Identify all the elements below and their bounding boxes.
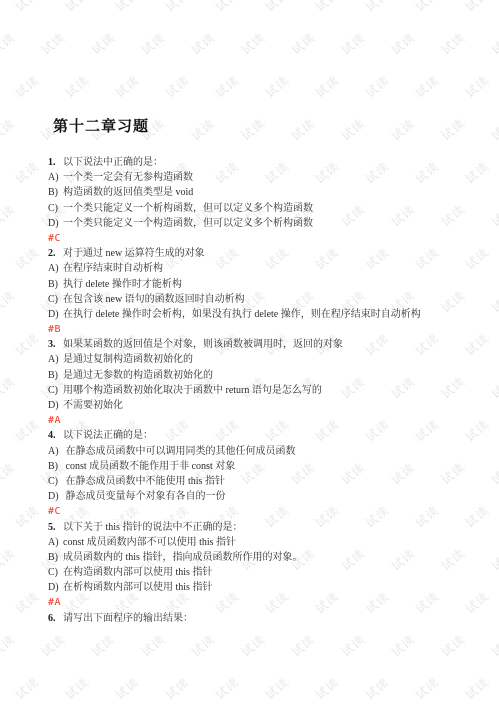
option-text: 在包含该 new 语句的函数返回时自动析构: [63, 292, 245, 307]
watermark-text: 试读: [362, 0, 393, 15]
option-text: 在析构函数内部可以使用 this 指针: [63, 580, 212, 595]
option-line: C)一个类只能定义一个析构函数，但可以定义多个构造函数: [48, 201, 485, 216]
option-text: 静态成员变量每个对象有各自的一份: [63, 489, 226, 504]
watermark-text: 试读: [12, 416, 43, 446]
watermark-text: 试读: [388, 29, 419, 59]
question-list: 1.以下说法中正确的是：A)一个类一定会有无参构造函数B)构造函数的返回值类型是…: [48, 155, 485, 626]
watermark-text: 试读: [412, 674, 443, 704]
watermark-text: 试读: [0, 115, 18, 145]
question-text: 以下说法正确的是：: [63, 428, 153, 443]
watermark-text: 试读: [188, 631, 219, 661]
watermark-text: 试读: [62, 674, 93, 704]
option-label: D): [48, 398, 63, 413]
option-text: 用哪个构造函数初始化取决于函数中 return 语句是怎么写的: [63, 383, 322, 398]
option-text: 在执行 delete 操作时会析构，如果没有执行 delete 操作，则在程序结…: [63, 307, 421, 322]
watermark-text: 试读: [288, 631, 319, 661]
question-text: 以下说法中正确的是：: [63, 155, 163, 170]
watermark-text: 试读: [12, 72, 43, 102]
option-label: A): [48, 352, 63, 367]
watermark-text: 试读: [212, 72, 243, 102]
watermark-text: 试读: [438, 631, 469, 661]
watermark-text: 试读: [462, 674, 493, 704]
option-label: C): [48, 565, 63, 580]
watermark-text: 试读: [412, 0, 443, 15]
option-label: A): [48, 170, 63, 185]
option-line: A) 在静态成员函数中可以调用同类的其他任何成员函数: [48, 444, 485, 459]
watermark-text: 试读: [12, 0, 43, 15]
option-line: C)用哪个构造函数初始化取决于函数中 return 语句是怎么写的: [48, 383, 485, 398]
watermark-text: 试读: [312, 0, 343, 15]
watermark-text: 试读: [12, 158, 43, 188]
watermark-text: 试读: [0, 287, 18, 317]
watermark-text: 试读: [12, 244, 43, 274]
watermark-text: 试读: [162, 72, 193, 102]
watermark-text: 试读: [312, 72, 343, 102]
watermark-text: 试读: [488, 287, 499, 317]
option-label: A): [48, 444, 63, 459]
watermark-text: 试读: [62, 0, 93, 15]
option-text: 在静态成员函数中不能使用 this 指针: [63, 474, 225, 489]
question-line: 5.以下关于 this 指针的说法中不正确的是：: [48, 520, 485, 535]
option-label: C): [48, 474, 63, 489]
watermark-text: 试读: [238, 631, 269, 661]
option-text: 执行 delete 操作时才能析构: [63, 277, 182, 292]
watermark-text: 试读: [162, 0, 193, 15]
watermark-text: 试读: [488, 373, 499, 403]
watermark-text: 试读: [488, 459, 499, 489]
answer-line: #A: [48, 413, 485, 428]
watermark-text: 试读: [0, 459, 18, 489]
watermark-text: 试读: [488, 29, 499, 59]
watermark-text: 试读: [12, 502, 43, 532]
watermark-text: 试读: [438, 29, 469, 59]
answer-line: #C: [48, 231, 485, 246]
answer-line: #A: [48, 595, 485, 610]
document-page: 第十二章习题 1.以下说法中正确的是：A)一个类一定会有无参构造函数B)构造函数…: [48, 118, 485, 626]
option-line: A)一个类一定会有无参构造函数: [48, 170, 485, 185]
watermark-text: 试读: [212, 674, 243, 704]
question-number: 5.: [48, 520, 63, 535]
question-number: 6.: [48, 611, 63, 626]
option-line: B)构造函数的返回值类型是 void: [48, 185, 485, 200]
watermark-text: 试读: [338, 631, 369, 661]
watermark-text: 试读: [312, 674, 343, 704]
option-label: D): [48, 307, 63, 322]
watermark-text: 试读: [0, 373, 18, 403]
watermark-text: 试读: [138, 631, 169, 661]
watermark-text: 试读: [88, 631, 119, 661]
option-label: B): [48, 185, 63, 200]
watermark-text: 试读: [188, 29, 219, 59]
watermark-text: 试读: [0, 545, 18, 575]
watermark-text: 试读: [262, 0, 293, 15]
option-line: B)是通过无参数的构造函数初始化的: [48, 368, 485, 383]
question-line: 2.对于通过 new 运算符生成的对象: [48, 246, 485, 261]
question-text: 如果某函数的返回值是个对象，则该函数被调用时，返回的对象: [63, 337, 343, 352]
option-line: D)在执行 delete 操作时会析构，如果没有执行 delete 操作，则在程…: [48, 307, 485, 322]
option-line: C)在构造函数内部可以使用 this 指针: [48, 565, 485, 580]
option-text: const 成员函数不能作用于非 const 对象: [63, 459, 235, 474]
option-text: 是通过复制构造函数初始化的: [63, 352, 193, 367]
question-block: 6.请写出下面程序的输出结果：: [48, 611, 485, 626]
watermark-text: 试读: [462, 0, 493, 15]
watermark-text: 试读: [462, 72, 493, 102]
watermark-text: 试读: [112, 72, 143, 102]
watermark-text: 试读: [38, 29, 69, 59]
option-label: A): [48, 261, 63, 276]
option-line: D)一个类只能定义一个构造函数，但可以定义多个析构函数: [48, 216, 485, 231]
option-label: D): [48, 580, 63, 595]
watermark-text: 试读: [12, 674, 43, 704]
watermark-text: 试读: [262, 674, 293, 704]
watermark-text: 试读: [488, 115, 499, 145]
watermark-text: 试读: [112, 0, 143, 15]
question-text: 以下关于 this 指针的说法中不正确的是：: [63, 520, 242, 535]
option-text: 成员函数内的 this 指针，指向成员函数所作用的对象。: [63, 550, 302, 565]
option-label: C): [48, 383, 63, 398]
watermark-text: 试读: [12, 588, 43, 618]
option-label: D): [48, 489, 63, 504]
watermark-text: 试读: [238, 29, 269, 59]
answer-marker: #C: [48, 231, 61, 246]
question-line: 3.如果某函数的返回值是个对象，则该函数被调用时，返回的对象: [48, 337, 485, 352]
watermark-text: 试读: [162, 674, 193, 704]
answer-line: #C: [48, 504, 485, 519]
watermark-text: 试读: [362, 674, 393, 704]
question-block: 3.如果某函数的返回值是个对象，则该函数被调用时，返回的对象A)是通过复制构造函…: [48, 337, 485, 428]
option-text: 在静态成员函数中可以调用同类的其他任何成员函数: [63, 444, 296, 459]
option-text: 在程序结束时自动析构: [63, 261, 163, 276]
answer-marker: #A: [48, 595, 61, 610]
watermark-text: 试读: [488, 545, 499, 575]
option-line: D)在析构函数内部可以使用 this 指针: [48, 580, 485, 595]
question-line: 6.请写出下面程序的输出结果：: [48, 611, 485, 626]
question-number: 2.: [48, 246, 63, 261]
option-line: A)const 成员函数内部不可以使用 this 指针: [48, 535, 485, 550]
option-line: B)执行 delete 操作时才能析构: [48, 277, 485, 292]
option-line: C) 在静态成员函数中不能使用 this 指针: [48, 474, 485, 489]
option-text: const 成员函数内部不可以使用 this 指针: [63, 535, 236, 550]
watermark-text: 试读: [288, 29, 319, 59]
question-number: 1.: [48, 155, 63, 170]
answer-marker: #C: [48, 504, 61, 519]
option-line: D)不需要初始化: [48, 398, 485, 413]
question-line: 4.以下说法正确的是：: [48, 428, 485, 443]
page-title: 第十二章习题: [53, 118, 485, 136]
option-label: B): [48, 550, 63, 565]
question-text: 请写出下面程序的输出结果：: [63, 611, 193, 626]
question-line: 1.以下说法中正确的是：: [48, 155, 485, 170]
option-text: 在构造函数内部可以使用 this 指针: [63, 565, 212, 580]
watermark-text: 试读: [338, 29, 369, 59]
answer-marker: #A: [48, 413, 61, 428]
question-block: 4.以下说法正确的是：A) 在静态成员函数中可以调用同类的其他任何成员函数B) …: [48, 428, 485, 519]
question-block: 5.以下关于 this 指针的说法中不正确的是：A)const 成员函数内部不可…: [48, 520, 485, 611]
watermark-text: 试读: [212, 0, 243, 15]
watermark-text: 试读: [388, 631, 419, 661]
question-number: 4.: [48, 428, 63, 443]
option-line: B)成员函数内的 this 指针，指向成员函数所作用的对象。: [48, 550, 485, 565]
question-block: 1.以下说法中正确的是：A)一个类一定会有无参构造函数B)构造函数的返回值类型是…: [48, 155, 485, 246]
question-text: 对于通过 new 运算符生成的对象: [63, 246, 205, 261]
option-label: B): [48, 459, 63, 474]
watermark-text: 试读: [0, 631, 18, 661]
question-block: 2.对于通过 new 运算符生成的对象A)在程序结束时自动析构B)执行 dele…: [48, 246, 485, 337]
watermark-text: 试读: [138, 29, 169, 59]
option-line: A)在程序结束时自动析构: [48, 261, 485, 276]
watermark-text: 试读: [62, 72, 93, 102]
watermark-text: 试读: [412, 72, 443, 102]
option-line: A)是通过复制构造函数初始化的: [48, 352, 485, 367]
question-number: 3.: [48, 337, 63, 352]
option-label: C): [48, 201, 63, 216]
option-text: 不需要初始化: [63, 398, 123, 413]
answer-marker: #B: [48, 322, 61, 337]
watermark-text: 试读: [112, 674, 143, 704]
option-label: C): [48, 292, 63, 307]
watermark-text: 试读: [362, 72, 393, 102]
option-text: 是通过无参数的构造函数初始化的: [63, 368, 213, 383]
option-line: B) const 成员函数不能作用于非 const 对象: [48, 459, 485, 474]
watermark-text: 试读: [88, 29, 119, 59]
option-label: A): [48, 535, 63, 550]
watermark-text: 试读: [488, 631, 499, 661]
option-text: 一个类只能定义一个析构函数，但可以定义多个构造函数: [63, 201, 313, 216]
watermark-text: 试读: [0, 201, 18, 231]
option-line: C)在包含该 new 语句的函数返回时自动析构: [48, 292, 485, 307]
option-label: D): [48, 216, 63, 231]
watermark-text: 试读: [262, 72, 293, 102]
option-text: 一个类只能定义一个构造函数，但可以定义多个析构函数: [63, 216, 313, 231]
answer-line: #B: [48, 322, 485, 337]
option-line: D) 静态成员变量每个对象有各自的一份: [48, 489, 485, 504]
option-text: 构造函数的返回值类型是 void: [63, 185, 193, 200]
option-label: B): [48, 368, 63, 383]
watermark-text: 试读: [0, 29, 18, 59]
watermark-text: 试读: [12, 330, 43, 360]
watermark-text: 试读: [38, 631, 69, 661]
option-label: B): [48, 277, 63, 292]
watermark-text: 试读: [488, 201, 499, 231]
option-text: 一个类一定会有无参构造函数: [63, 170, 193, 185]
